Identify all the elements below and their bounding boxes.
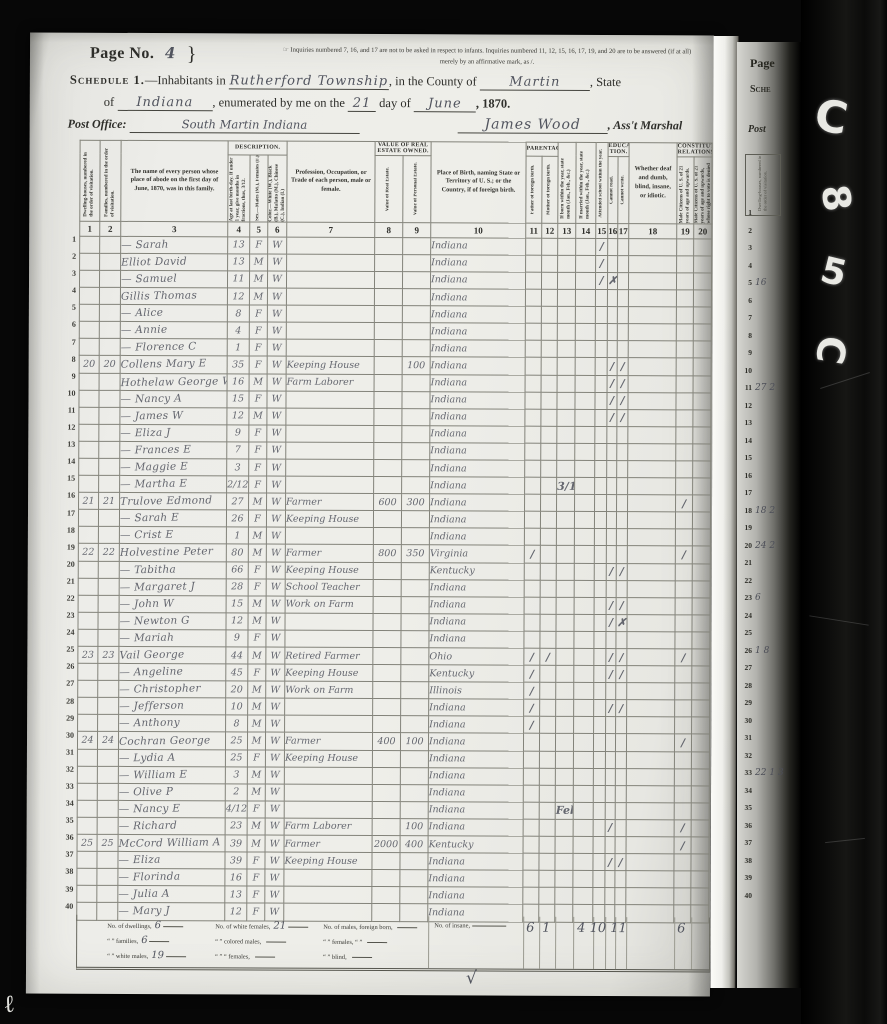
- row-number: 14: [59, 453, 75, 470]
- cell-occ: [287, 254, 375, 271]
- next-row-number: 1: [737, 204, 752, 222]
- cell-m15: [595, 392, 607, 409]
- cell-bp: Indiana: [429, 716, 524, 734]
- cell-x20: [692, 700, 710, 717]
- entry-sx: M: [251, 770, 261, 781]
- cell-bp: Indiana: [428, 819, 523, 837]
- cell-dw: [79, 458, 99, 475]
- col-label-deaf-dumb: Whether deaf and dumb, blind, insane, or…: [629, 163, 676, 202]
- cell-fm: [97, 749, 118, 766]
- cell-sx: M: [250, 254, 268, 271]
- footer-line: “ ” white males,19“ ” “ females,“ ” blin…: [107, 948, 437, 964]
- cell-cl: W: [267, 271, 286, 288]
- cell-m17: /: [617, 409, 628, 426]
- cell-m12: /: [540, 648, 556, 665]
- cell-m15: [595, 290, 607, 307]
- cell-pe: [401, 665, 429, 682]
- next-page-mark: 24 2: [755, 541, 775, 551]
- cell-pe: 300: [402, 494, 430, 511]
- cell-bp: Indiana: [430, 477, 525, 495]
- cell-m16: [607, 443, 617, 460]
- cell-dw: [77, 868, 97, 885]
- entry-fm: 25: [101, 837, 113, 848]
- entry-age: 44: [231, 650, 243, 661]
- cell-m15: [594, 597, 606, 614]
- cell-dw: [78, 578, 98, 595]
- cell-m13: [556, 665, 574, 682]
- cell-sx: F: [249, 459, 267, 476]
- inhabitants-text: —Inhabitants in: [145, 73, 226, 87]
- cell-m15: [595, 375, 607, 392]
- entry-sx: F: [255, 308, 262, 319]
- col-label-age: Age at last birth-day. If under 1 year, …: [229, 155, 248, 221]
- entry-occ: Farmer: [285, 838, 320, 849]
- day-value: 21: [353, 96, 372, 111]
- next-page-row: 6: [737, 290, 801, 308]
- cell-m14: [574, 597, 594, 614]
- entry-cl: W: [272, 291, 282, 302]
- cell-name: — Newton G: [119, 612, 226, 630]
- person-name: — Sarah E: [120, 512, 179, 525]
- cell-x18: [628, 495, 676, 512]
- cell-m12: [541, 323, 557, 340]
- cell-m13: [557, 460, 575, 477]
- cell-name: — Tabitha: [119, 561, 226, 579]
- table-header: Dwelling-houses, numbered in the order o…: [80, 140, 712, 239]
- entry-age: 10: [231, 701, 243, 712]
- cell-re: [373, 562, 401, 579]
- next-page-row: 1127 2: [737, 377, 801, 395]
- cell-m17: [616, 734, 627, 751]
- cell-x18: [626, 854, 674, 871]
- person-name: — Florence C: [121, 341, 197, 354]
- entry-sx: F: [255, 428, 262, 439]
- cell-m17: [618, 273, 629, 290]
- entry-m11: /: [530, 650, 534, 663]
- entry-cl: W: [271, 548, 281, 559]
- cell-m11: [525, 409, 541, 426]
- cell-pe: [402, 306, 430, 323]
- row-number: 4: [60, 282, 76, 299]
- cell-m16: [606, 631, 616, 648]
- next-page-row: 516: [737, 272, 801, 290]
- row-number: 37: [57, 846, 73, 863]
- cell-pe: [402, 374, 430, 391]
- cell-x18: [629, 255, 677, 272]
- entry-cl: W: [271, 479, 281, 490]
- cell-fm: [99, 322, 120, 339]
- entry-sx: F: [253, 889, 260, 900]
- cell-sx: M: [248, 544, 266, 561]
- next-page-row: 4: [737, 255, 801, 273]
- entry-cl: W: [271, 565, 281, 576]
- cell-name: — Crist E: [119, 527, 226, 545]
- entry-sx: F: [254, 633, 261, 644]
- cell-fm: 21: [99, 492, 120, 509]
- cell-m19: [674, 854, 691, 871]
- state-value: Indiana: [136, 95, 193, 110]
- cell-x20: [693, 410, 711, 427]
- cell-m15: [594, 563, 606, 580]
- cell-re: [375, 271, 403, 288]
- entry-age: 12: [232, 291, 244, 302]
- post-office-value: South Martin Indiana: [182, 117, 308, 132]
- cell-fm: [98, 561, 119, 578]
- cell-bp: Indiana: [431, 238, 526, 256]
- cell-m19: [674, 751, 691, 768]
- person-name: — Tabitha: [120, 563, 177, 576]
- cell-m15: [593, 888, 605, 905]
- next-page-row: 30: [737, 710, 801, 728]
- cell-occ: [284, 886, 372, 903]
- cell-m19: [676, 358, 693, 375]
- next-page-mark: 1 8: [755, 646, 769, 656]
- col-label-vote-denied: Male Citizens of U. S. of 21 years of ag…: [694, 157, 712, 223]
- cell-occ: Keeping House: [285, 664, 373, 681]
- cell-occ: Farm Laborer: [284, 818, 372, 835]
- cell-cl: W: [267, 322, 286, 339]
- person-name: — Newton G: [119, 614, 189, 627]
- cell-sx: F: [248, 579, 266, 596]
- cell-m12: [541, 341, 557, 358]
- cell-m14: [574, 529, 594, 546]
- cell-age: 2/12: [227, 476, 249, 493]
- cell-x18: [627, 734, 675, 751]
- entry-cl: W: [272, 308, 282, 319]
- next-post-label: Post: [748, 124, 766, 135]
- cell-m19: /: [674, 837, 691, 854]
- cell-name: Gillis Thomas: [120, 287, 227, 305]
- entry-age: 3: [235, 462, 241, 473]
- cell-m16: [606, 580, 616, 597]
- entry-sx: F: [255, 394, 262, 405]
- cell-m17: [616, 683, 627, 700]
- cell-m11: [526, 238, 542, 255]
- cell-pe: [401, 699, 429, 716]
- insane-label: No. of insane,: [434, 922, 506, 929]
- next-page-row: 14: [737, 430, 801, 448]
- cell-x20: [692, 649, 710, 666]
- cell-m13: [556, 597, 574, 614]
- entry-age: 2: [233, 787, 239, 798]
- person-name: — Richard: [119, 820, 178, 833]
- cell-pe: [402, 408, 430, 425]
- person-name: Trulove Edmond: [120, 495, 212, 509]
- entry-occ: Work on Farm: [285, 684, 353, 695]
- cell-age: 3: [225, 767, 247, 784]
- cell-name: — Maggie E: [120, 458, 227, 476]
- cell-m19: [676, 375, 693, 392]
- entry-m15: /: [600, 240, 604, 253]
- group-constitutional: Constitutional Relations.: [677, 143, 712, 157]
- cell-re: [373, 528, 401, 545]
- cell-bp: Indiana: [431, 255, 526, 273]
- cell-re: [373, 716, 401, 733]
- cell-x18: [628, 461, 676, 478]
- cell-age: 12: [227, 288, 249, 305]
- cell-m13: [557, 443, 575, 460]
- cell-re: [372, 887, 400, 904]
- cell-m14: [573, 751, 593, 768]
- cell-m15: [594, 683, 606, 700]
- cell-age: 15: [227, 390, 249, 407]
- brace: }: [187, 43, 197, 65]
- cell-m14: [573, 888, 593, 905]
- cell-m11: [525, 392, 541, 409]
- cell-x20: [692, 563, 710, 580]
- entry-m16: /: [608, 822, 612, 835]
- cell-fm: [99, 458, 120, 475]
- entry-sx: F: [253, 753, 260, 764]
- col-label-born-month: If born within the year, state month (Ja…: [561, 147, 574, 219]
- cell-sx: F: [249, 425, 267, 442]
- cell-m16: [605, 802, 615, 819]
- cell-m19: [676, 444, 693, 461]
- cell-m19: /: [676, 495, 693, 512]
- cell-m16: [608, 238, 618, 255]
- cell-fm: [99, 407, 120, 424]
- entry-bp: Indiana: [430, 446, 466, 457]
- cell-name: — Sarah: [121, 236, 228, 254]
- cell-m11: [524, 597, 540, 614]
- entry-sx: M: [251, 787, 261, 798]
- cell-m14: [574, 546, 594, 563]
- cell-x18: [626, 888, 674, 905]
- entry-cl: W: [270, 855, 280, 866]
- cell-m14: [575, 324, 595, 341]
- person-name: — Martha E: [120, 478, 187, 491]
- entry-m11: /: [530, 548, 534, 561]
- person-name: — Mariah: [119, 632, 174, 645]
- entry-cl: W: [272, 342, 282, 353]
- cell-re: [374, 391, 402, 408]
- cell-name: — Margaret J: [119, 578, 226, 596]
- next-row-number: 29: [737, 694, 752, 712]
- entry-m16: /: [610, 394, 614, 407]
- col-label-cannot-write: Cannot write.: [620, 175, 626, 204]
- footer-grid-line: [523, 917, 524, 969]
- next-page-row: 24: [737, 605, 801, 623]
- cell-x20: [692, 734, 710, 751]
- next-page-row: 36: [737, 815, 801, 833]
- cell-m19: [676, 341, 693, 358]
- column-number: 19: [677, 224, 694, 239]
- cell-cl: W: [267, 425, 286, 442]
- cell-occ: Farmer: [286, 493, 374, 510]
- cell-m13: [556, 529, 574, 546]
- cell-m14: [573, 768, 593, 785]
- cell-pe: [402, 443, 430, 460]
- cell-m12: [540, 665, 556, 682]
- cell-m12: [541, 392, 557, 409]
- cell-sx: F: [248, 510, 266, 527]
- entry-sx: M: [252, 736, 262, 747]
- footer-segment: “ ” colored males,: [215, 933, 323, 949]
- entry-m16: /: [609, 616, 613, 629]
- entry-m16: /: [609, 702, 613, 715]
- cell-m11: [523, 785, 539, 802]
- footer-label: “ ” “ females,: [215, 953, 250, 960]
- entry-cl: W: [270, 821, 280, 832]
- cell-cl: W: [266, 596, 285, 613]
- cell-cl: W: [265, 801, 284, 818]
- entry-dw: 20: [83, 359, 95, 370]
- cell-dw: 23: [78, 646, 98, 663]
- entry-bp: Indiana: [428, 890, 464, 901]
- cell-m12: [541, 289, 557, 306]
- cell-m15: [593, 837, 605, 854]
- col-label-profession: Profession, Occupation, or Trade of each…: [287, 166, 374, 197]
- cell-dw: [80, 236, 100, 253]
- cell-occ: [286, 288, 374, 305]
- person-name: — Alice: [121, 307, 164, 320]
- entry-sx: F: [254, 565, 261, 576]
- column-number: 5: [250, 222, 268, 237]
- cell-m11: [524, 580, 540, 597]
- cell-dw: [78, 595, 98, 612]
- cell-pe: [403, 272, 431, 289]
- cell-m11: [525, 340, 541, 357]
- cell-x18: [626, 802, 674, 819]
- cell-m16: [606, 529, 616, 546]
- cell-re: [372, 801, 400, 818]
- cell-x20: [691, 871, 709, 888]
- cell-m16: [606, 546, 616, 563]
- cell-name: Trulove Edmond: [120, 493, 227, 511]
- cell-cl: W: [267, 288, 286, 305]
- cell-age: 45: [226, 664, 248, 681]
- cell-m16: [606, 683, 616, 700]
- cell-x20: [694, 239, 712, 256]
- next-page-mark: 6: [755, 593, 761, 603]
- cell-bp: Indiana: [429, 596, 524, 614]
- cell-x18: [628, 307, 676, 324]
- cell-bp: Ohio: [429, 648, 524, 666]
- cell-sx: M: [248, 613, 266, 630]
- cell-occ: Work on Farm: [285, 596, 373, 613]
- cell-m13: [556, 512, 574, 529]
- cell-m11: [525, 460, 541, 477]
- cell-m16: /: [607, 375, 617, 392]
- cell-m13: [558, 255, 576, 272]
- cell-m13: [556, 614, 574, 631]
- next-page-rows: 12345166789101127 21213141516171818 2192…: [737, 202, 801, 902]
- cell-fm: [97, 766, 118, 783]
- entry-m17: /: [619, 702, 623, 715]
- cell-m16: [606, 512, 616, 529]
- cell-fm: [99, 441, 120, 458]
- marshal-signature-line: James Wood, Ass't Marshal: [458, 116, 683, 134]
- cell-m19: [677, 239, 694, 256]
- entry-m19: /: [681, 736, 685, 749]
- group-education: Educa-tion.: [608, 143, 629, 157]
- cell-m12: [541, 460, 557, 477]
- cell-bp: Indiana: [429, 699, 524, 717]
- cell-m19: [675, 700, 692, 717]
- cell-age: 12: [227, 408, 249, 425]
- cell-re: [374, 459, 402, 476]
- cell-x18: [626, 785, 674, 802]
- entry-sx: F: [254, 479, 261, 490]
- col-label-real-estate: Value of Real Estate.: [386, 167, 392, 211]
- cell-cl: W: [265, 835, 284, 852]
- cell-m15: [593, 768, 605, 785]
- cell-cl: W: [267, 305, 286, 322]
- entry-pe: 300: [406, 497, 424, 508]
- cell-m15: [595, 307, 607, 324]
- next-page-row: 9: [737, 342, 801, 360]
- month-value: June: [428, 96, 462, 111]
- of-text: of: [104, 95, 114, 109]
- entry-age: 3: [233, 770, 239, 781]
- cell-m19: [674, 871, 691, 888]
- cell-m17: [616, 529, 627, 546]
- cell-m17: [616, 717, 627, 734]
- cell-m13: [557, 341, 575, 358]
- cell-m17: [617, 324, 628, 341]
- cell-m15: [594, 529, 606, 546]
- row-number: 21: [59, 573, 75, 590]
- entry-m17: /: [618, 856, 622, 869]
- row-number: 23: [59, 607, 75, 624]
- cell-dw: [77, 749, 97, 766]
- col-label-sex: Sex.—Males (M.), Females (F.): [256, 155, 263, 221]
- col-label-name: The name of every person whose place of …: [121, 166, 227, 197]
- cell-re: [373, 648, 401, 665]
- cell-x18: [628, 426, 676, 443]
- cell-m13: [555, 836, 573, 853]
- row-number: 6: [60, 316, 76, 333]
- footer-segment: “ ” females, “ ”: [323, 934, 431, 950]
- cell-m12: [541, 306, 557, 323]
- person-name: — James W: [120, 409, 183, 422]
- cell-occ: [285, 716, 373, 733]
- entry-occ: Retired Farmer: [285, 650, 359, 661]
- cell-m15: [594, 717, 606, 734]
- row-number: 7: [60, 333, 76, 350]
- cell-x18: [627, 546, 675, 563]
- schedule-line-2: of Indiana, enumerated by me on the 21 d…: [104, 95, 511, 113]
- footer-mark: 4 10 11: [577, 921, 627, 936]
- cell-re: [374, 425, 402, 442]
- cell-x18: [628, 290, 676, 307]
- cell-m12: [542, 238, 558, 255]
- cell-x20: [693, 324, 711, 341]
- cell-m13: [556, 580, 574, 597]
- scratch-mark: [825, 838, 865, 843]
- page-number-line: Page No. 4 }: [90, 43, 197, 66]
- cell-m11: [523, 751, 539, 768]
- entry-age: 9: [234, 633, 240, 644]
- cell-m16: /: [606, 563, 616, 580]
- cell-m15: [595, 443, 607, 460]
- person-name: — Angeline: [119, 666, 183, 679]
- footer-grid-line: [555, 917, 556, 969]
- next-page-mark: 16: [755, 278, 766, 288]
- cell-m15: [595, 358, 607, 375]
- entry-m17: /: [620, 411, 624, 424]
- cell-m11: [523, 870, 539, 887]
- entry-age: 4/12: [226, 804, 247, 815]
- cell-bp: Indiana: [428, 853, 523, 871]
- cell-m11: /: [524, 648, 540, 665]
- cell-m15: [593, 751, 605, 768]
- column-number: 9: [403, 222, 431, 237]
- cell-sx: F: [250, 237, 268, 254]
- chalk-mark: 8: [813, 182, 860, 214]
- cell-age: 13: [228, 254, 250, 271]
- cell-bp: Indiana: [430, 289, 525, 307]
